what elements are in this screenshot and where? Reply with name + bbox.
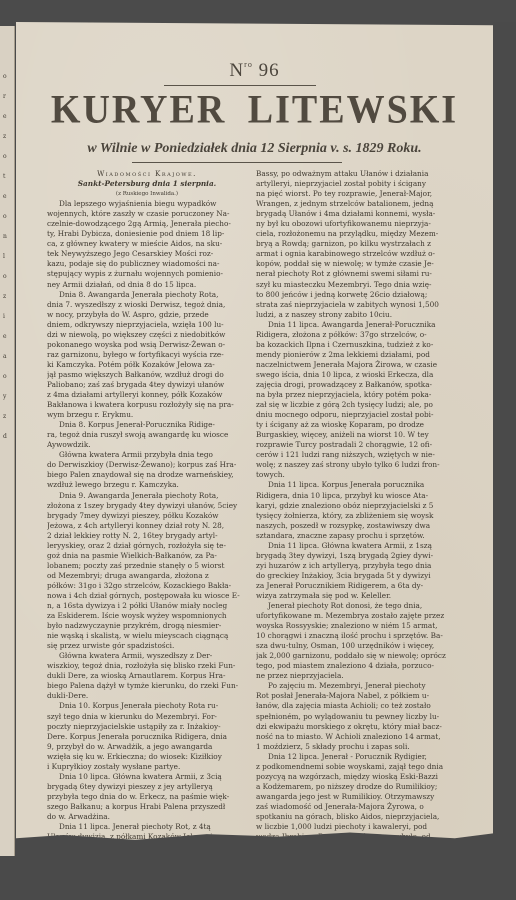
text-line: Rot posłał Jenerała-Majora Nabel, z półk… [256, 691, 459, 701]
text-line: do w. Arwadżina. [47, 812, 247, 822]
text-line: od Mezembryi; druga awangarda, złożona z [47, 571, 247, 581]
text-line: karyi, gdzie znaleziono obóz nieprzyjaci… [256, 501, 459, 511]
text-line: raz garnizonu, byłego w fortyfikacyi wyś… [47, 350, 247, 360]
adjacent-page-text-fragment: o [3, 274, 7, 280]
text-line: ra, tegoż dnia ruszył swoją awangardę ku… [47, 430, 247, 440]
text-line: dzi w niewolą, po większey części z nied… [47, 330, 247, 340]
text-line: ba kozackich Ilpna i Czernuszkina, tudzi… [256, 340, 459, 350]
issue-sup: ro [244, 60, 253, 69]
text-line: kopów, poddał się w niewolę; w tymże cza… [256, 259, 459, 269]
text-line: nerał piechoty Rot z głównemi swemi siła… [256, 269, 459, 279]
text-line: 1 moździerz, 5 składy prochu i zapas sol… [256, 742, 459, 752]
text-line: Jeżowa, z 4ch artylleryi konney dział ro… [47, 521, 247, 531]
text-line: zaś wiadomość od Jenerała-Majora Żyrowa,… [256, 802, 459, 812]
text-line: artylleryi, nieprzyjaciel został pobity … [256, 179, 459, 189]
text-line: ty i ścigany aż za wioskę Koparam, po dr… [256, 420, 459, 430]
text-line: spełnioném, po wylądowaniu tu pewney lic… [256, 712, 459, 722]
text-line: w liczbie 1,000 ludzi piechoty i kawaler… [256, 822, 459, 832]
text-line: czelnie-dowodzącego 2gą Armią, Jenerała … [47, 219, 247, 229]
source-note: (z Ruskiego Inwalida.) [47, 189, 247, 199]
text-line: rozprawie Turcy postradali 2 chorągwie, … [256, 440, 459, 450]
text-line: za Eskiderem. Iście woysk wyżey wspomnio… [47, 611, 247, 621]
adjacent-page-text-fragment: z [3, 294, 6, 300]
adjacent-page-text-fragment: o [3, 214, 7, 220]
text-line: wiszkioy, tegoż dnia, rozłożyła się blis… [47, 661, 247, 671]
text-line: pozycyą na wzgórzach, między wioską Eski… [256, 772, 459, 782]
text-line: szył tego dnia w kierunku do Mezembryi. … [47, 712, 247, 722]
newspaper-page: Nro 96 KURYER LITEWSKI w Wilnie w Ponied… [16, 22, 493, 844]
text-line: Dere. Korpus Jenerała porucznika Ridiger… [47, 732, 247, 742]
text-line: brygadą Ułanów i 4ma działami konnemi, w… [256, 209, 459, 219]
masthead-rule-bottom [132, 162, 342, 163]
text-line: Dnia 11 lipca. Jenerał piechoty Rot, z 4… [47, 822, 247, 832]
text-line: ludzi, a z naszey strony zabito 10ciu. [256, 310, 459, 320]
text-line: na pięć wiorst. Po tey rozprawie, Jenera… [256, 189, 459, 199]
text-line: Ridigera, dnia 10 lipca, przybył ku wios… [256, 491, 459, 501]
text-line: bryą a Rowdą; garnizon, po kilku wystrza… [256, 239, 459, 249]
text-line: Dnia 10. Korpus Jenerała piechoty Rota r… [47, 701, 247, 711]
adjacent-page-text-fragment: z [3, 134, 6, 140]
text-line: w nocy, przybyła do W. Aspro, gdzie, prz… [47, 310, 247, 320]
text-line: zajęcia drogi, prowadzącey z Bałkanów, s… [256, 380, 459, 390]
text-line: sza dwu-tulny, Osman, 100 urzędników i w… [256, 641, 459, 651]
text-line: Bakłanowa, które wzmocnione były 3cią br… [47, 842, 247, 852]
text-line: było nadzwyczaynie przykrém, drogą niesm… [47, 621, 247, 631]
text-line: wzięła się ku w. Erkieczna; do wiosek: K… [47, 752, 247, 762]
text-line: Paliobano; zaś zaś brygada 4tey dywizyi … [47, 380, 247, 390]
masthead-rule-top [164, 85, 316, 86]
text-line: ne przez nieprzyjaciela. [256, 671, 459, 681]
text-line: Główna kwatera Armii przybyła dnia tego [47, 450, 247, 460]
text-line: przybyła tego dnia do w. Erkecz, na paśm… [47, 792, 247, 802]
text-line: tysięcy żołnierza, który, za zbliżeniem … [256, 511, 459, 521]
text-line: naszych, poszedł w rozsypkę, zostawiwszy… [256, 521, 459, 531]
article-column-right: Bassy, po odważnym attaku Ułanów i dział… [256, 169, 459, 900]
text-line: kazu, podaje się do publiczney wiadomośc… [47, 259, 247, 269]
text-line: goż dnia na pasmie Wielkich-Bałkanów, za… [47, 551, 247, 561]
text-line: jął pasmo większych Bałkanów, wzdłuż dro… [47, 370, 247, 380]
text-line: naczelnictwem Jenerała Majora Żirowa, w … [256, 360, 459, 370]
text-line: ność na to miasto. W Achioli znaleziono … [256, 732, 459, 742]
text-line: Ułanów dywizją, z półkami Kozaków Jełowa… [47, 832, 247, 842]
text-line: zyi huzarów z ich artylleryą, przybyła t… [256, 561, 459, 571]
text-line: leryyskiey, oraz 2 dział górnych, rozłoż… [47, 541, 247, 551]
adjacent-page-text-fragment: d [3, 434, 7, 440]
text-line: dukli Dere, za wioską Arnautlarem. Korpu… [47, 671, 247, 681]
newspaper-title: KURYER LITEWSKI [16, 87, 493, 133]
scan-background-right [493, 22, 516, 900]
text-line: mendy pionierów z 2ma lekkiemi działami,… [256, 350, 459, 360]
text-line: Dnia 9. Awangarda Jenerała piechoty Rota… [47, 491, 247, 501]
text-line: dnia 7. wyszedłszy z wioski Derwisz, teg… [47, 300, 247, 310]
adjacent-page-text-fragment: n [3, 234, 7, 240]
article-column-left: Wiadomości Krajowe. Sankt-Petersburg dni… [47, 169, 247, 900]
issue-number-value: 96 [259, 60, 280, 81]
text-line: Dnia 12 lipca. Jenerał - Porucznik Rydig… [256, 752, 459, 762]
text-line: tek Neywyższego Jego Cesarskiey Mości ro… [47, 249, 247, 259]
article-dateline: Sankt-Petersburg dnia 1 sierpnia. [47, 179, 247, 189]
text-line: ufortyfikowane m. Mezembrya zostało zaję… [256, 611, 459, 621]
text-line: zał się w liczbie z górą 2ch tysięcy lud… [256, 400, 459, 410]
text-line: do greckiey Inżakioy, 3cia brygada 5t y … [256, 571, 459, 581]
text-line: wzdłuż lewego brzegu r. Kamczyka. [47, 480, 247, 490]
text-line: sztandara, znaczne zapasy prochu i sprzę… [256, 531, 459, 541]
scan-background-bottom [0, 858, 516, 900]
text-line: 2 dział lekkiey rotty N. 2, 16tey brygad… [47, 531, 247, 541]
text-line: dniu mocnego odporu, nieprzyjaciel zosta… [256, 410, 459, 420]
adjacent-page-text-fragment: o [3, 374, 7, 380]
article-text-left: Dla lepszego wyjaśnienia biegu wypadkóww… [47, 199, 247, 900]
text-line: Dnia 11 lipca. Korpus Jenerała porucznik… [256, 480, 459, 490]
text-line: ney Armii działań, od dnia 8 do 15 lipca… [47, 280, 247, 290]
text-line: Dnia 11 lipca. Awangarda Jenerał-Poruczn… [256, 320, 459, 330]
text-line: pokonanego woyska pod wsią Derwisz-Żewan… [47, 340, 247, 350]
text-line: Wrangen, z jednym strzelców batalionem, … [256, 199, 459, 209]
text-line: spotkaniu na górach, blisko Aidos, niepr… [256, 812, 459, 822]
text-line: armat i ognia karabinowego strzelców wzd… [256, 249, 459, 259]
adjacent-page-text-fragment: l [3, 254, 5, 260]
text-line: Aywowdzik. [47, 440, 247, 450]
text-line: brygadą 6tey dywizyi pieszey z jey artyl… [47, 782, 247, 792]
text-line: Burgaskiey, więcey, aniżeli na wiorst 10… [256, 430, 459, 440]
text-line: wojennych, które zaszły w czasie poruczo… [47, 209, 247, 219]
adjacent-page-text-fragment: t [3, 174, 5, 180]
adjacent-page-text-fragment: z [3, 414, 6, 420]
text-line: awangarda jego jest w Rumilikioy. Otrzym… [256, 792, 459, 802]
text-line: z 4ma działami artylleryi konney, półk K… [47, 390, 247, 400]
text-line: ki Kamczyka. Potém półk Kozaków Jełowa z… [47, 360, 247, 370]
text-line: szego Bałkanu; a korpus Hrabi Palena prz… [47, 802, 247, 812]
text-line: wizya zatrzymała się pod w. Keleller. [256, 591, 459, 601]
text-line: na była przez nieprzyjaciela, który poté… [256, 390, 459, 400]
text-line: ny był ku obozowi ufortyfikowanemu niepr… [256, 219, 459, 229]
article-text-right: Bassy, po odważnym attaku Ułanów i dział… [256, 169, 459, 900]
adjacent-page-text-fragment: e [3, 334, 7, 340]
text-line: swego iścia, dnia 10 lipca, z wioski Erk… [256, 370, 459, 380]
text-line: brygady 7mey dywizyi pieszey, półku Koza… [47, 511, 247, 521]
text-line: łanów, dla zajęcia miasta Achioli; co te… [256, 701, 459, 711]
text-line: wolę; z naszey zaś strony ubyło tylko 6 … [256, 460, 459, 470]
text-line: jak 2,000 garnizonu, poddało się w niewo… [256, 651, 459, 661]
text-line: nie wąską i skalistą, w wielu mieyscach … [47, 631, 247, 641]
text-line: poczty nieprzyjacielskie ustąpiły za r. … [47, 722, 247, 732]
issue-prefix: N [229, 60, 244, 81]
text-line: stępujący wypis z żurnału wojennych pomi… [47, 269, 247, 279]
text-line: ciela, rozłożonemu na przylądku, między … [256, 229, 459, 239]
text-line: dniem, odkrywszy nieprzyjaciela, wzięła … [47, 320, 247, 330]
text-line: szył ku miasteczku Mezembryi. Tego dnia … [256, 280, 459, 290]
text-line: 10 chorągwi i znaczną ilość prochu i spr… [256, 631, 459, 641]
text-line: ca, z główney kwatery w mieście Aidos, n… [47, 239, 247, 249]
adjacent-page-text-fragment: e [3, 114, 7, 120]
text-line: strony Szumli, jeszcze 300 żołnierzy kon… [256, 842, 459, 852]
text-line: półków: 31go i 32go strzelców, Kozackieg… [47, 581, 247, 591]
adjacent-page-edge: orezoteonlozieaoyzd [0, 26, 15, 856]
text-line: się przez urwiste gór spadzistości. [47, 641, 247, 651]
text-line: Dnia 11 lipca. Główna kwatera Armii, z 1… [256, 541, 459, 551]
section-heading: Wiadomości Krajowe. [47, 169, 247, 179]
text-line: biego Palen znaydował się na drodze warn… [47, 470, 247, 480]
adjacent-page-text-fragment: o [3, 154, 7, 160]
text-line: wym brzegu r. Erykmu. [47, 410, 247, 420]
text-line: Ridigera, złożona z półków: 37go strzelc… [256, 330, 459, 340]
text-line: Dnia 8. Awangarda Jenerała piechoty Rota… [47, 290, 247, 300]
text-line: dukli-Dere. [47, 691, 247, 701]
text-line: lobanem; poczty zaś przednie stanęły o 5… [47, 561, 247, 571]
text-line: Po zajęciu m. Mezembryi, Jenerał piechot… [256, 681, 459, 691]
text-line: woyska Rossyyskie; znaleziono w niém 15 … [256, 621, 459, 631]
text-line: Dnia 8. Korpus Jenerał-Porucznika Ridige… [47, 420, 247, 430]
text-line: Dla lepszego wyjaśnienia biegu wypadków [47, 199, 247, 209]
text-line: brygadą 3tey dywizyi, 1szą brygadą 2giey… [256, 551, 459, 561]
text-line: do Derwiszkioy (Derwisz-Żewano); korpus … [47, 460, 247, 470]
text-line: nowa i 4ch dział górnych, postępowała ku… [47, 591, 247, 601]
adjacent-page-text-fragment: r [3, 94, 6, 100]
text-line: a Kodżemarem, po niższey drodze do Rumil… [256, 782, 459, 792]
text-line: to 800 jeńców i jedną korwetę 26cio dzia… [256, 290, 459, 300]
text-line: 9, przybył do w. Arwadżik, a jego awanga… [47, 742, 247, 752]
text-line: Bassy, po odważnym attaku Ułanów i dział… [256, 169, 459, 179]
text-line: dzi ekwipażu morskiego z okrętu, który m… [256, 722, 459, 732]
scan-background-top [0, 0, 516, 26]
text-line: za Jenerał Porucznikiem Ridigerem, a 6ta… [256, 581, 459, 591]
text-line: Bakłanowa i kwatera korpusu rozłożyły si… [47, 400, 247, 410]
text-line: cerów i 121 ludzi rang niższych, wziętyc… [256, 450, 459, 460]
text-line: z podkomendnemi sobie woyskami, zajął te… [256, 762, 459, 772]
adjacent-page-text-fragment: o [3, 74, 7, 80]
text-line: strata zaś nieprzyjaciela w zabitych wyn… [256, 300, 459, 310]
adjacent-page-text-fragment: i [3, 314, 5, 320]
issue-number: Nro 96 [16, 60, 493, 82]
text-line: Jenerał piechoty Rot donosi, że tego dni… [256, 601, 459, 611]
text-line: Główna kwatera Armii, wyszedłszy z Der- [47, 651, 247, 661]
text-line: złożona z 1szey brygady 4tey dywizyi uła… [47, 501, 247, 511]
newspaper-dateline: w Wilnie w Poniedziałek dnia 12 Sierpnia… [16, 141, 493, 157]
adjacent-page-text-fragment: y [3, 394, 6, 400]
text-line: wodzą Ibrahima-Bassy, do którego przybył… [256, 832, 459, 842]
text-line: ty, Hrabi Dybicza, doniesienie pod dniem… [47, 229, 247, 239]
text-line: towych. [256, 470, 459, 480]
text-line: Dnia 10 lipca. Główna kwatera Armii, z 3… [47, 772, 247, 782]
text-line: biego Palena dążył w tymże kierunku, do … [47, 681, 247, 691]
text-line: n, a 16sta dywizya i 2 półki Ułanów miał… [47, 601, 247, 611]
text-line: i Kupryłkioy zostały wysłane partye. [47, 762, 247, 772]
adjacent-page-text-fragment: a [3, 354, 7, 360]
adjacent-page-text-fragment: e [3, 194, 7, 200]
text-line: tego, pod miastem znaleziono 4 działa, p… [256, 661, 459, 671]
